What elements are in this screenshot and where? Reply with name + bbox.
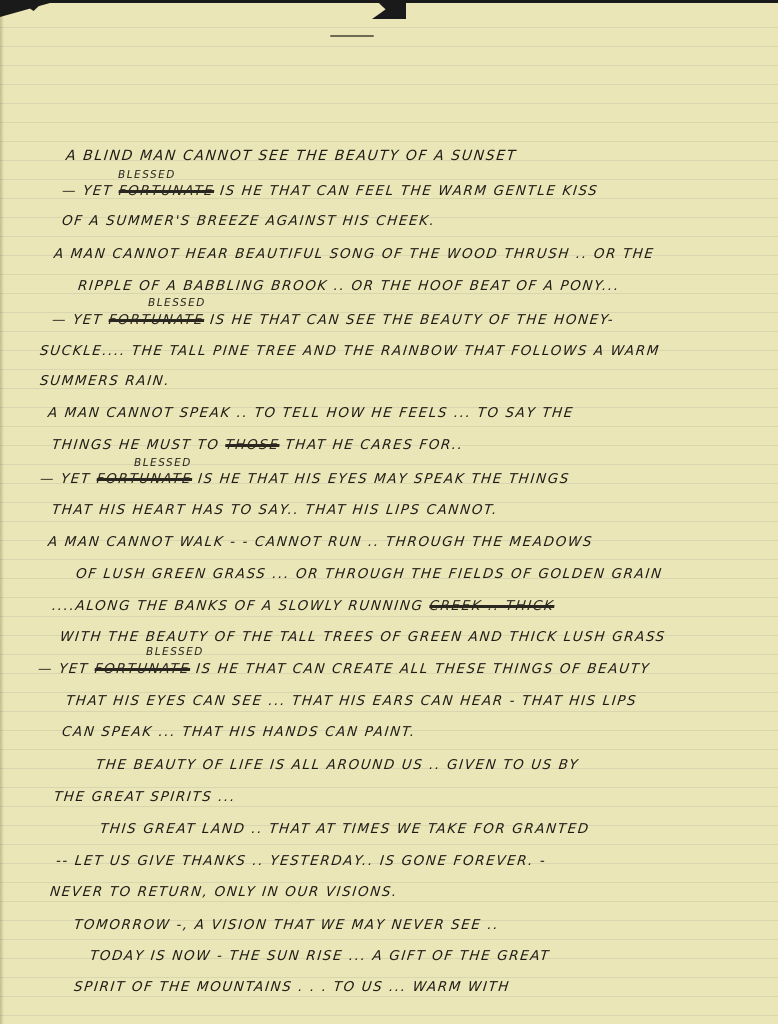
line-text: of Lush Green Grass ... or through the F… [75, 566, 663, 582]
text-line: can speak ... that his Hands can Paint. [61, 724, 417, 740]
line-text: the Great Spirits ... [53, 789, 237, 805]
text-line: Today is now - The Sun rise ... a Gift o… [89, 948, 551, 964]
line-prefix: — Yet [51, 312, 109, 328]
line-text: A Blind man cannot see the Beauty of a S… [65, 148, 518, 164]
line-text: is he that his Eyes may speak the Things [191, 471, 571, 487]
line-text: A man cannot hear Beautiful song of the … [53, 246, 655, 262]
text-line: — Yet Fortunate is he that his Eyes may … [39, 471, 571, 487]
line-text: is he that can create all these Things o… [189, 661, 651, 677]
line-text: with the Beauty of the tall Trees of Gre… [59, 629, 667, 645]
text-line: that his Eyes can see ... that his Ears … [65, 693, 638, 709]
inserted-word: Blessed [148, 297, 206, 309]
line-text: is he that can see the Beauty of the Hon… [203, 312, 615, 328]
text-line: A Blind man cannot see the Beauty of a S… [65, 148, 518, 164]
struck-word: Fortunate [96, 471, 193, 487]
text-line: The Beauty of Life is all around us .. G… [95, 757, 580, 773]
line-text: of a Summer's Breeze against his Cheek. [61, 213, 436, 229]
line-text: is he that can feel the warm Gentle Kiss [213, 183, 599, 199]
text-line: -- Let us give Thanks .. Yesterday.. is … [55, 853, 547, 869]
line-prefix: — Yet [39, 471, 97, 487]
line-text: can speak ... that his Hands can Paint. [61, 724, 417, 740]
text-line: A man cannot walk - - cannot run .. thro… [47, 534, 594, 550]
text-line: — Yet Fortunate is he that can create al… [37, 661, 651, 677]
line-text: A man cannot speak .. to tell how he fee… [47, 405, 575, 421]
line-text: -- Let us give Thanks .. Yesterday.. is … [55, 853, 547, 869]
text-line: Spirit of the Mountains . . . to us ... … [73, 979, 511, 995]
text-line: with the Beauty of the tall Trees of Gre… [59, 629, 667, 645]
inserted-word: Blessed [118, 169, 176, 181]
text-line: A man cannot hear Beautiful song of the … [53, 246, 655, 262]
struck-word: Fortunate [94, 661, 191, 677]
line-text: Ripple of a Babbling Brook .. or the Hoo… [77, 278, 621, 294]
text-line: Tomorrow -, a Vision that we may never s… [73, 917, 500, 933]
text-line: suckle.... the tall Pine Tree and the Ra… [39, 343, 661, 359]
text-line: A man cannot speak .. to tell how he fee… [47, 405, 575, 421]
line-text: suckle.... the tall Pine Tree and the Ra… [39, 343, 661, 359]
text-line: — Yet Fortunate is he that can see the B… [51, 312, 615, 328]
text-line: of Lush Green Grass ... or through the F… [75, 566, 663, 582]
inserted-word: Blessed [146, 646, 204, 658]
line-text: Spirit of the Mountains . . . to us ... … [73, 979, 511, 995]
text-line: of a Summer's Breeze against his Cheek. [61, 213, 436, 229]
struck-word: Creek .. thick [429, 598, 556, 614]
line-text: Summers Rain. [39, 373, 171, 389]
text-line: never to Return, only in our Visions. [49, 884, 399, 900]
handwritten-text: A Blind man cannot see the Beauty of a S… [0, 0, 778, 1024]
struck-word: Fortunate [108, 312, 205, 328]
text-line: Ripple of a Babbling Brook .. or the Hoo… [77, 278, 621, 294]
inserted-word: Blessed [134, 457, 192, 469]
line-text: that his Heart has to say.. that his Lip… [51, 502, 499, 518]
line-text: Tomorrow -, a Vision that we may never s… [73, 917, 500, 933]
text-line: Summers Rain. [39, 373, 171, 389]
text-line: ....Along the Banks of a slowly Running … [51, 598, 555, 614]
text-line: the Great Spirits ... [53, 789, 237, 805]
text-line: that his Heart has to say.. that his Lip… [51, 502, 499, 518]
struck-word: those [225, 437, 281, 453]
line-text: This Great Land .. that at times we take… [99, 821, 590, 837]
line-prefix: — Yet [61, 183, 119, 199]
line-text: that his Eyes can see ... that his Ears … [65, 693, 638, 709]
line-text: that he cares for.. [279, 437, 465, 453]
line-text: A man cannot walk - - cannot run .. thro… [47, 534, 594, 550]
line-prefix: — Yet [37, 661, 95, 677]
line-text: Today is now - The Sun rise ... a Gift o… [89, 948, 551, 964]
text-line: — Yet Fortunate is he that can feel the … [61, 183, 599, 199]
struck-word: Fortunate [118, 183, 215, 199]
line-text: The Beauty of Life is all around us .. G… [95, 757, 580, 773]
line-prefix: ....Along the Banks of a slowly Running [51, 598, 430, 614]
text-line: This Great Land .. that at times we take… [99, 821, 590, 837]
line-text: never to Return, only in our Visions. [49, 884, 399, 900]
text-line: Things he must to those that he cares fo… [51, 437, 464, 453]
line-prefix: Things he must to [51, 437, 226, 453]
